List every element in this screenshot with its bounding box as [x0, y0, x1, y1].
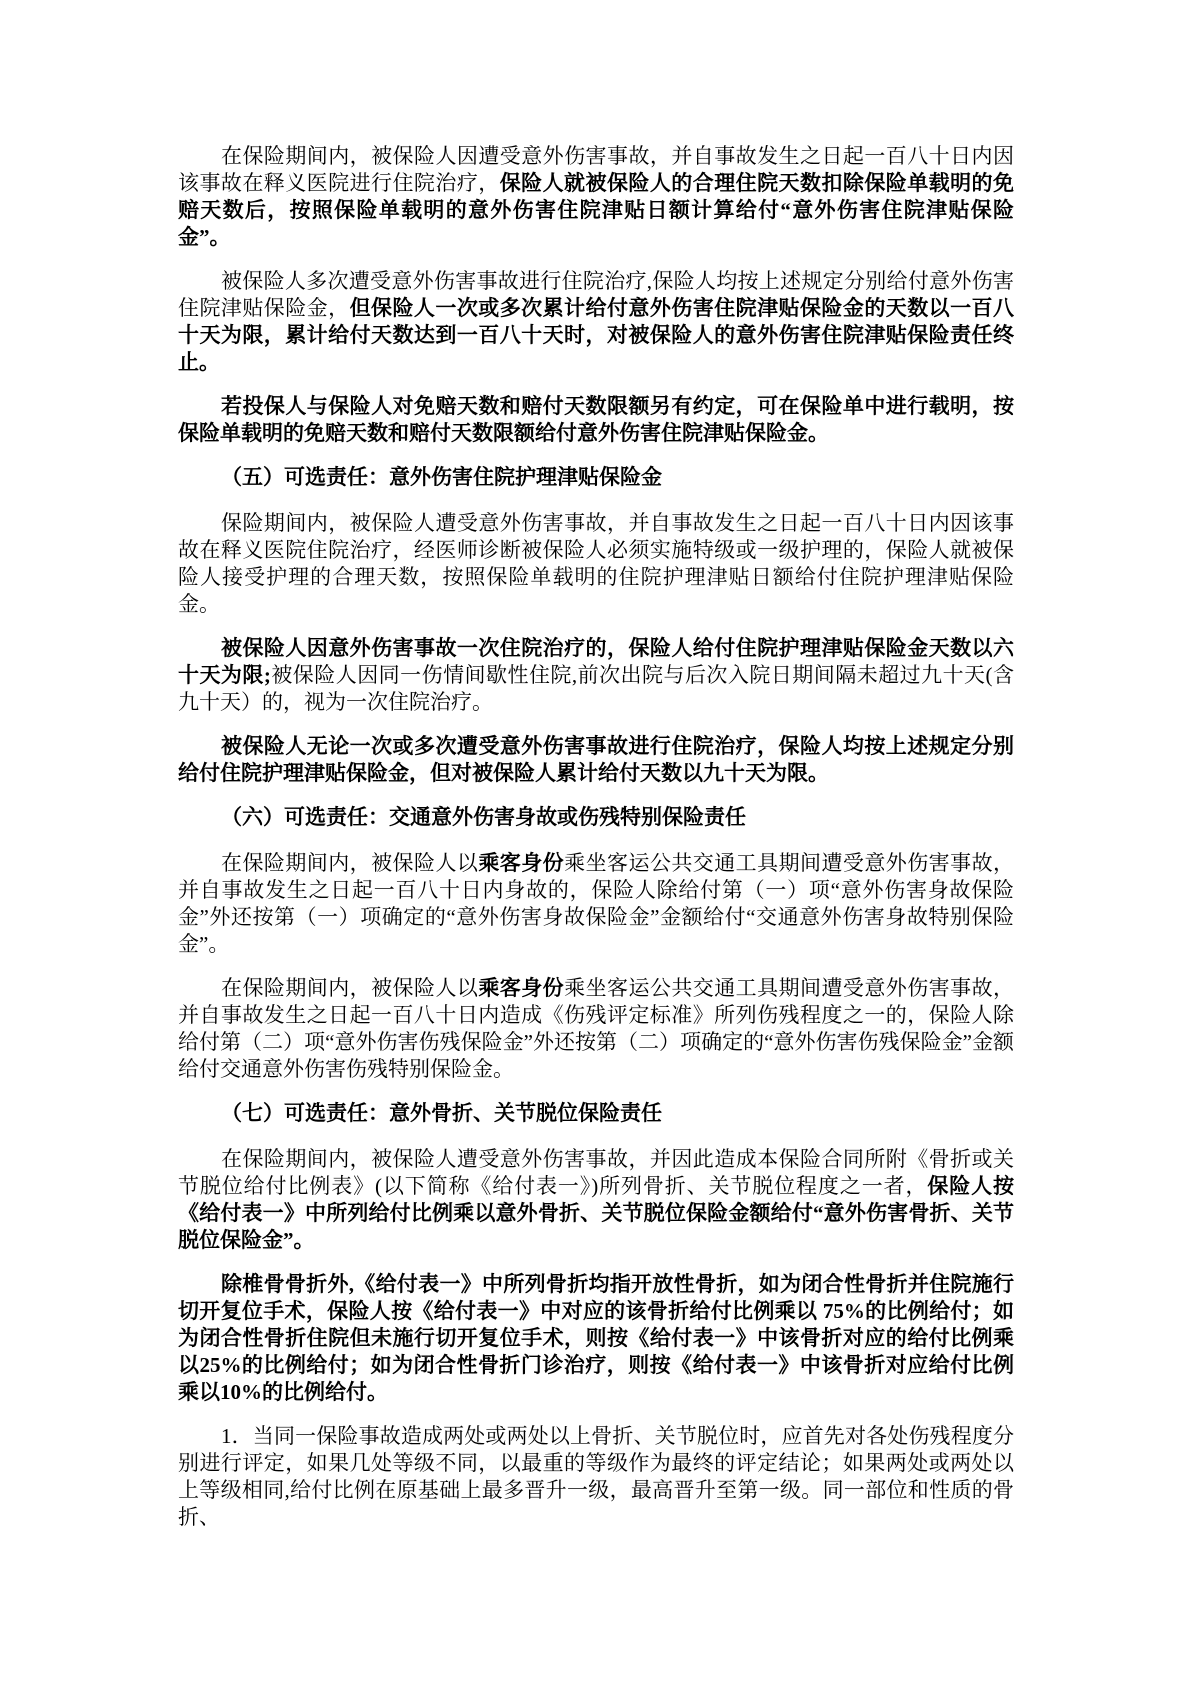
text-run: 被保险人因同一伤情间歇性住院,前次出院与后次入院日期间隔未超过九十天(含九十天）… [178, 663, 1014, 714]
text-run: 1．当同一保险事故造成两处或两处以上骨折、关节脱位时，应首先对各处伤残程度分别进… [178, 1424, 1014, 1529]
bold-text-run: 若投保人与保险人对免赔天数和赔付天数限额另有约定，可在保险单中进行载明，按保险单… [178, 394, 1014, 445]
bold-text-run: （七）可选责任：意外骨折、关节脱位保险责任 [221, 1101, 662, 1125]
paragraph: 若投保人与保险人对免赔天数和赔付天数限额另有约定，可在保险单中进行载明，按保险单… [178, 393, 1014, 447]
section-heading: （五）可选责任：意外伤害住院护理津贴保险金 [178, 464, 1014, 491]
bold-text-run: 除椎骨骨折外,《给付表一》中所列骨折均指开放性骨折，如为闭合性骨折并住院施行切开… [178, 1272, 1014, 1404]
text-run: 在保险期间内，被保险人以 [221, 976, 478, 1000]
paragraph: 被保险人因意外伤害事故一次住院治疗的，保险人给付住院护理津贴保险金天数以六十天为… [178, 635, 1014, 716]
document-page: 在保险期间内，被保险人因遭受意外伤害事故，并自事故发生之日起一百八十日内因该事故… [0, 0, 1191, 1684]
bold-text-run: （五）可选责任：意外伤害住院护理津贴保险金 [221, 465, 662, 489]
paragraph: 在保险期间内，被保险人以乘客身份乘坐客运公共交通工具期间遭受意外伤害事故，并自事… [178, 975, 1014, 1083]
paragraph: 1．当同一保险事故造成两处或两处以上骨折、关节脱位时，应首先对各处伤残程度分别进… [178, 1423, 1014, 1531]
bold-text-run: 乘客身份 [478, 851, 564, 875]
section-heading: （七）可选责任：意外骨折、关节脱位保险责任 [178, 1100, 1014, 1127]
paragraph: 在保险期间内，被保险人遭受意外伤害事故，并因此造成本保险合同所附《骨折或关节脱位… [178, 1146, 1014, 1254]
text-run: 保险期间内，被保险人遭受意外伤害事故，并自事故发生之日起一百八十日内因该事故在释… [178, 511, 1014, 616]
paragraph: 在保险期间内，被保险人以乘客身份乘坐客运公共交通工具期间遭受意外伤害事故，并自事… [178, 850, 1014, 958]
paragraph: 在保险期间内，被保险人因遭受意外伤害事故，并自事故发生之日起一百八十日内因该事故… [178, 143, 1014, 251]
section-heading: （六）可选责任：交通意外伤害身故或伤残特别保险责任 [178, 804, 1014, 831]
document-body: 在保险期间内，被保险人因遭受意外伤害事故，并自事故发生之日起一百八十日内因该事故… [178, 143, 1014, 1548]
paragraph: 被保险人多次遭受意外伤害事故进行住院治疗,保险人均按上述规定分别给付意外伤害住院… [178, 268, 1014, 376]
paragraph: 被保险人无论一次或多次遭受意外伤害事故进行住院治疗，保险人均按上述规定分别给付住… [178, 733, 1014, 787]
text-run: 在保险期间内，被保险人以 [221, 851, 478, 875]
bold-text-run: 乘客身份 [478, 976, 564, 1000]
text-run: 在保险期间内，被保险人遭受意外伤害事故，并因此造成本保险合同所附《骨折或关节脱位… [178, 1147, 1014, 1198]
bold-text-run: 被保险人无论一次或多次遭受意外伤害事故进行住院治疗，保险人均按上述规定分别给付住… [178, 734, 1014, 785]
paragraph: 除椎骨骨折外,《给付表一》中所列骨折均指开放性骨折，如为闭合性骨折并住院施行切开… [178, 1271, 1014, 1406]
bold-text-run: （六）可选责任：交通意外伤害身故或伤残特别保险责任 [221, 805, 746, 829]
paragraph: 保险期间内，被保险人遭受意外伤害事故，并自事故发生之日起一百八十日内因该事故在释… [178, 510, 1014, 618]
